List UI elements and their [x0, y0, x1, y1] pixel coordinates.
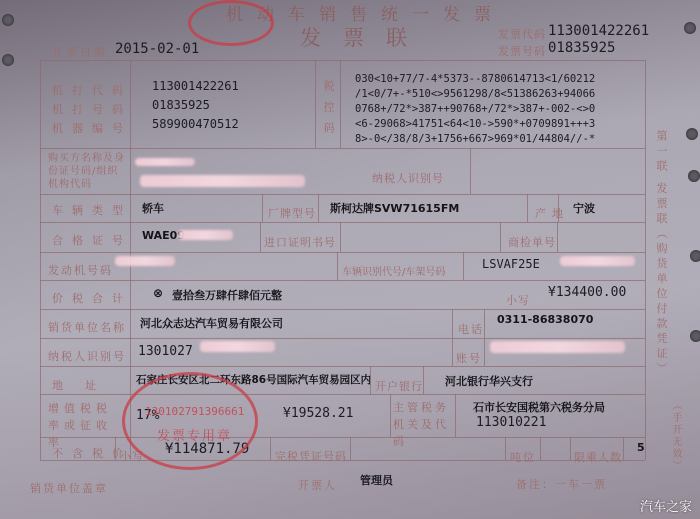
device-number-label: 机器编号 [52, 120, 132, 136]
table-border [315, 60, 316, 148]
machine-number-label: 机打号码 [52, 101, 132, 117]
tax-control-line: 030<10+77/7-4*5373--8780614713<1/60212 [355, 72, 595, 87]
table-border [370, 366, 371, 394]
issuer-label: 开票人 [298, 477, 337, 493]
seats: 5 [637, 441, 645, 454]
table-border [260, 222, 261, 252]
table-border [484, 309, 485, 338]
buyer-label: 购买方名称及身份证号码/组织机构代码 [48, 152, 126, 191]
table-border [527, 194, 528, 222]
seller-name: 河北众志达汽车贸易有限公司 [140, 315, 283, 331]
origin: 宁波 [573, 200, 595, 216]
seller-name-label: 销货单位名称 [48, 319, 126, 335]
machine-code-label: 机打代码 [52, 82, 132, 98]
punch-hole [690, 250, 700, 262]
table-border [350, 437, 351, 460]
invoice-subtitle: 发票联 [300, 22, 429, 52]
table-border [452, 309, 453, 338]
redacted-engine [115, 256, 175, 266]
table-border [455, 394, 456, 437]
tax-cert-label: 完税凭证号码 [275, 448, 347, 464]
phone-label: 电话 [458, 321, 484, 337]
redacted-buyer-id [140, 175, 305, 187]
redacted-account [490, 341, 625, 353]
account-label: 账号 [456, 350, 482, 366]
tax-authority: 石市长安国税第六税务分局 [473, 399, 605, 415]
seller-phone: 0311-86838070 [497, 313, 593, 326]
issue-date: 2015-02-01 [115, 41, 199, 57]
redacted-taxpayer-id [200, 341, 275, 352]
vehicle-type-label: 车辆类型 [52, 202, 132, 218]
redacted-buyer-name [135, 158, 195, 166]
table-border [623, 437, 624, 460]
table-border [645, 60, 646, 460]
table-border [270, 437, 271, 460]
address-label: 地址 [52, 377, 118, 393]
invoice-number-label: 发票号码 [498, 43, 546, 59]
issuer: 管理员 [360, 472, 393, 488]
table-border [423, 366, 424, 394]
import-cert-label: 进口证明书号 [264, 234, 336, 250]
model-label: 厂牌型号 [268, 205, 316, 221]
tax-authority-code: 113010221 [476, 415, 546, 430]
buyer-taxpayer-id-label: 纳税人识别号 [372, 170, 444, 186]
engine-label: 发动机号码 [48, 262, 113, 278]
origin-label: 产地 [535, 205, 569, 221]
seller-bank: 河北银行华兴支行 [445, 373, 533, 389]
currency-cross-icon: ⊗ [153, 286, 163, 300]
table-border [340, 222, 341, 252]
table-border [470, 148, 471, 194]
total-amount: ¥134400.00 [548, 285, 626, 300]
punch-hole [686, 128, 698, 140]
tax-control-line: 8>-0</38/8/3+1756+667>969*01/44804//-* [355, 132, 595, 147]
tax-control-line: /1<0/7+-*510<>9561298/8<51386263+94066 [355, 87, 595, 102]
punch-hole [684, 22, 696, 34]
stamp-number: 130102791396661 [145, 405, 244, 418]
invoice-seal-stamp: 130102791396661 发票专用章 [122, 372, 258, 470]
table-border [540, 437, 541, 460]
tax-control-label: 税控码 [320, 80, 336, 143]
tax-authority-label: 主管税务机关及代码 [393, 399, 453, 450]
invoice-code: 113001422261 [548, 23, 649, 39]
punch-hole [688, 170, 700, 182]
vehicle-type: 轿车 [142, 200, 164, 216]
bank-label: 开户银行 [375, 378, 423, 394]
seats-label: 限乘人数 [574, 449, 622, 465]
seller-taxpayer-id: 1301027 [138, 344, 193, 359]
seller-seal-label: 销货单位盖章 [30, 480, 108, 496]
tax-control-line: <6-29068>41751<64<10->590*+0709891+++3 [355, 117, 595, 132]
stamp-text: 发票专用章 [157, 425, 232, 444]
table-border [570, 437, 571, 460]
punch-hole [2, 54, 14, 66]
vin-label: 车辆识别代号/车架号码 [342, 263, 445, 278]
machine-code: 113001422261 [152, 79, 239, 93]
inspection-label: 商检单号 [508, 234, 556, 250]
table-border [115, 437, 116, 460]
table-border [262, 194, 263, 222]
seller-taxpayer-label: 纳税人识别号 [48, 348, 126, 364]
tonnage-label: 吨位 [510, 449, 536, 465]
table-border [337, 252, 338, 280]
seal-stamp-top [188, 0, 274, 46]
vehicle-model: 斯柯达牌SVW71615FM [330, 200, 459, 216]
cert-label: 合格证号 [52, 232, 132, 248]
table-border [484, 338, 485, 366]
table-border [340, 60, 341, 148]
tax-control-code: 030<10+77/7-4*5373--8780614713<1/60212 /… [355, 72, 595, 147]
table-border [318, 194, 319, 222]
issue-date-label: 开票日期 [52, 44, 108, 60]
invoice-code-label: 发票代码 [498, 26, 546, 42]
table-border [40, 60, 41, 460]
table-border [558, 194, 559, 222]
invoice-number: 01835925 [548, 40, 615, 56]
tax-control-line: 0768+/72*>387++90768+/72*>387+-002-<>0 [355, 102, 595, 117]
handwritten-invalid-note: （手开无效） [668, 400, 683, 472]
tax-amount: ¥19528.21 [283, 406, 353, 421]
redacted-cert [178, 230, 233, 240]
punch-hole [690, 330, 700, 342]
total-amount-words: 壹拾叁万肆仟肆佰元整 [172, 287, 282, 303]
watermark: 汽车之家 [640, 496, 692, 515]
device-number: 589900470512 [152, 117, 239, 131]
total-small-label: 小写 [506, 292, 530, 308]
remark: 备注：一车一票 [516, 476, 607, 492]
table-border [390, 394, 391, 437]
machine-number: 01835925 [152, 98, 210, 112]
copy-designation: 第一联 发票联（购货单位付款凭证） [655, 130, 667, 378]
table-border [557, 222, 558, 252]
total-label: 价税合计 [52, 290, 132, 306]
table-border [463, 252, 464, 280]
table-border [505, 437, 506, 460]
table-border [500, 222, 501, 252]
punch-hole [2, 14, 14, 26]
vin: LSVAF25E [482, 257, 540, 271]
table-border [452, 338, 453, 366]
redacted-vin [560, 256, 635, 266]
